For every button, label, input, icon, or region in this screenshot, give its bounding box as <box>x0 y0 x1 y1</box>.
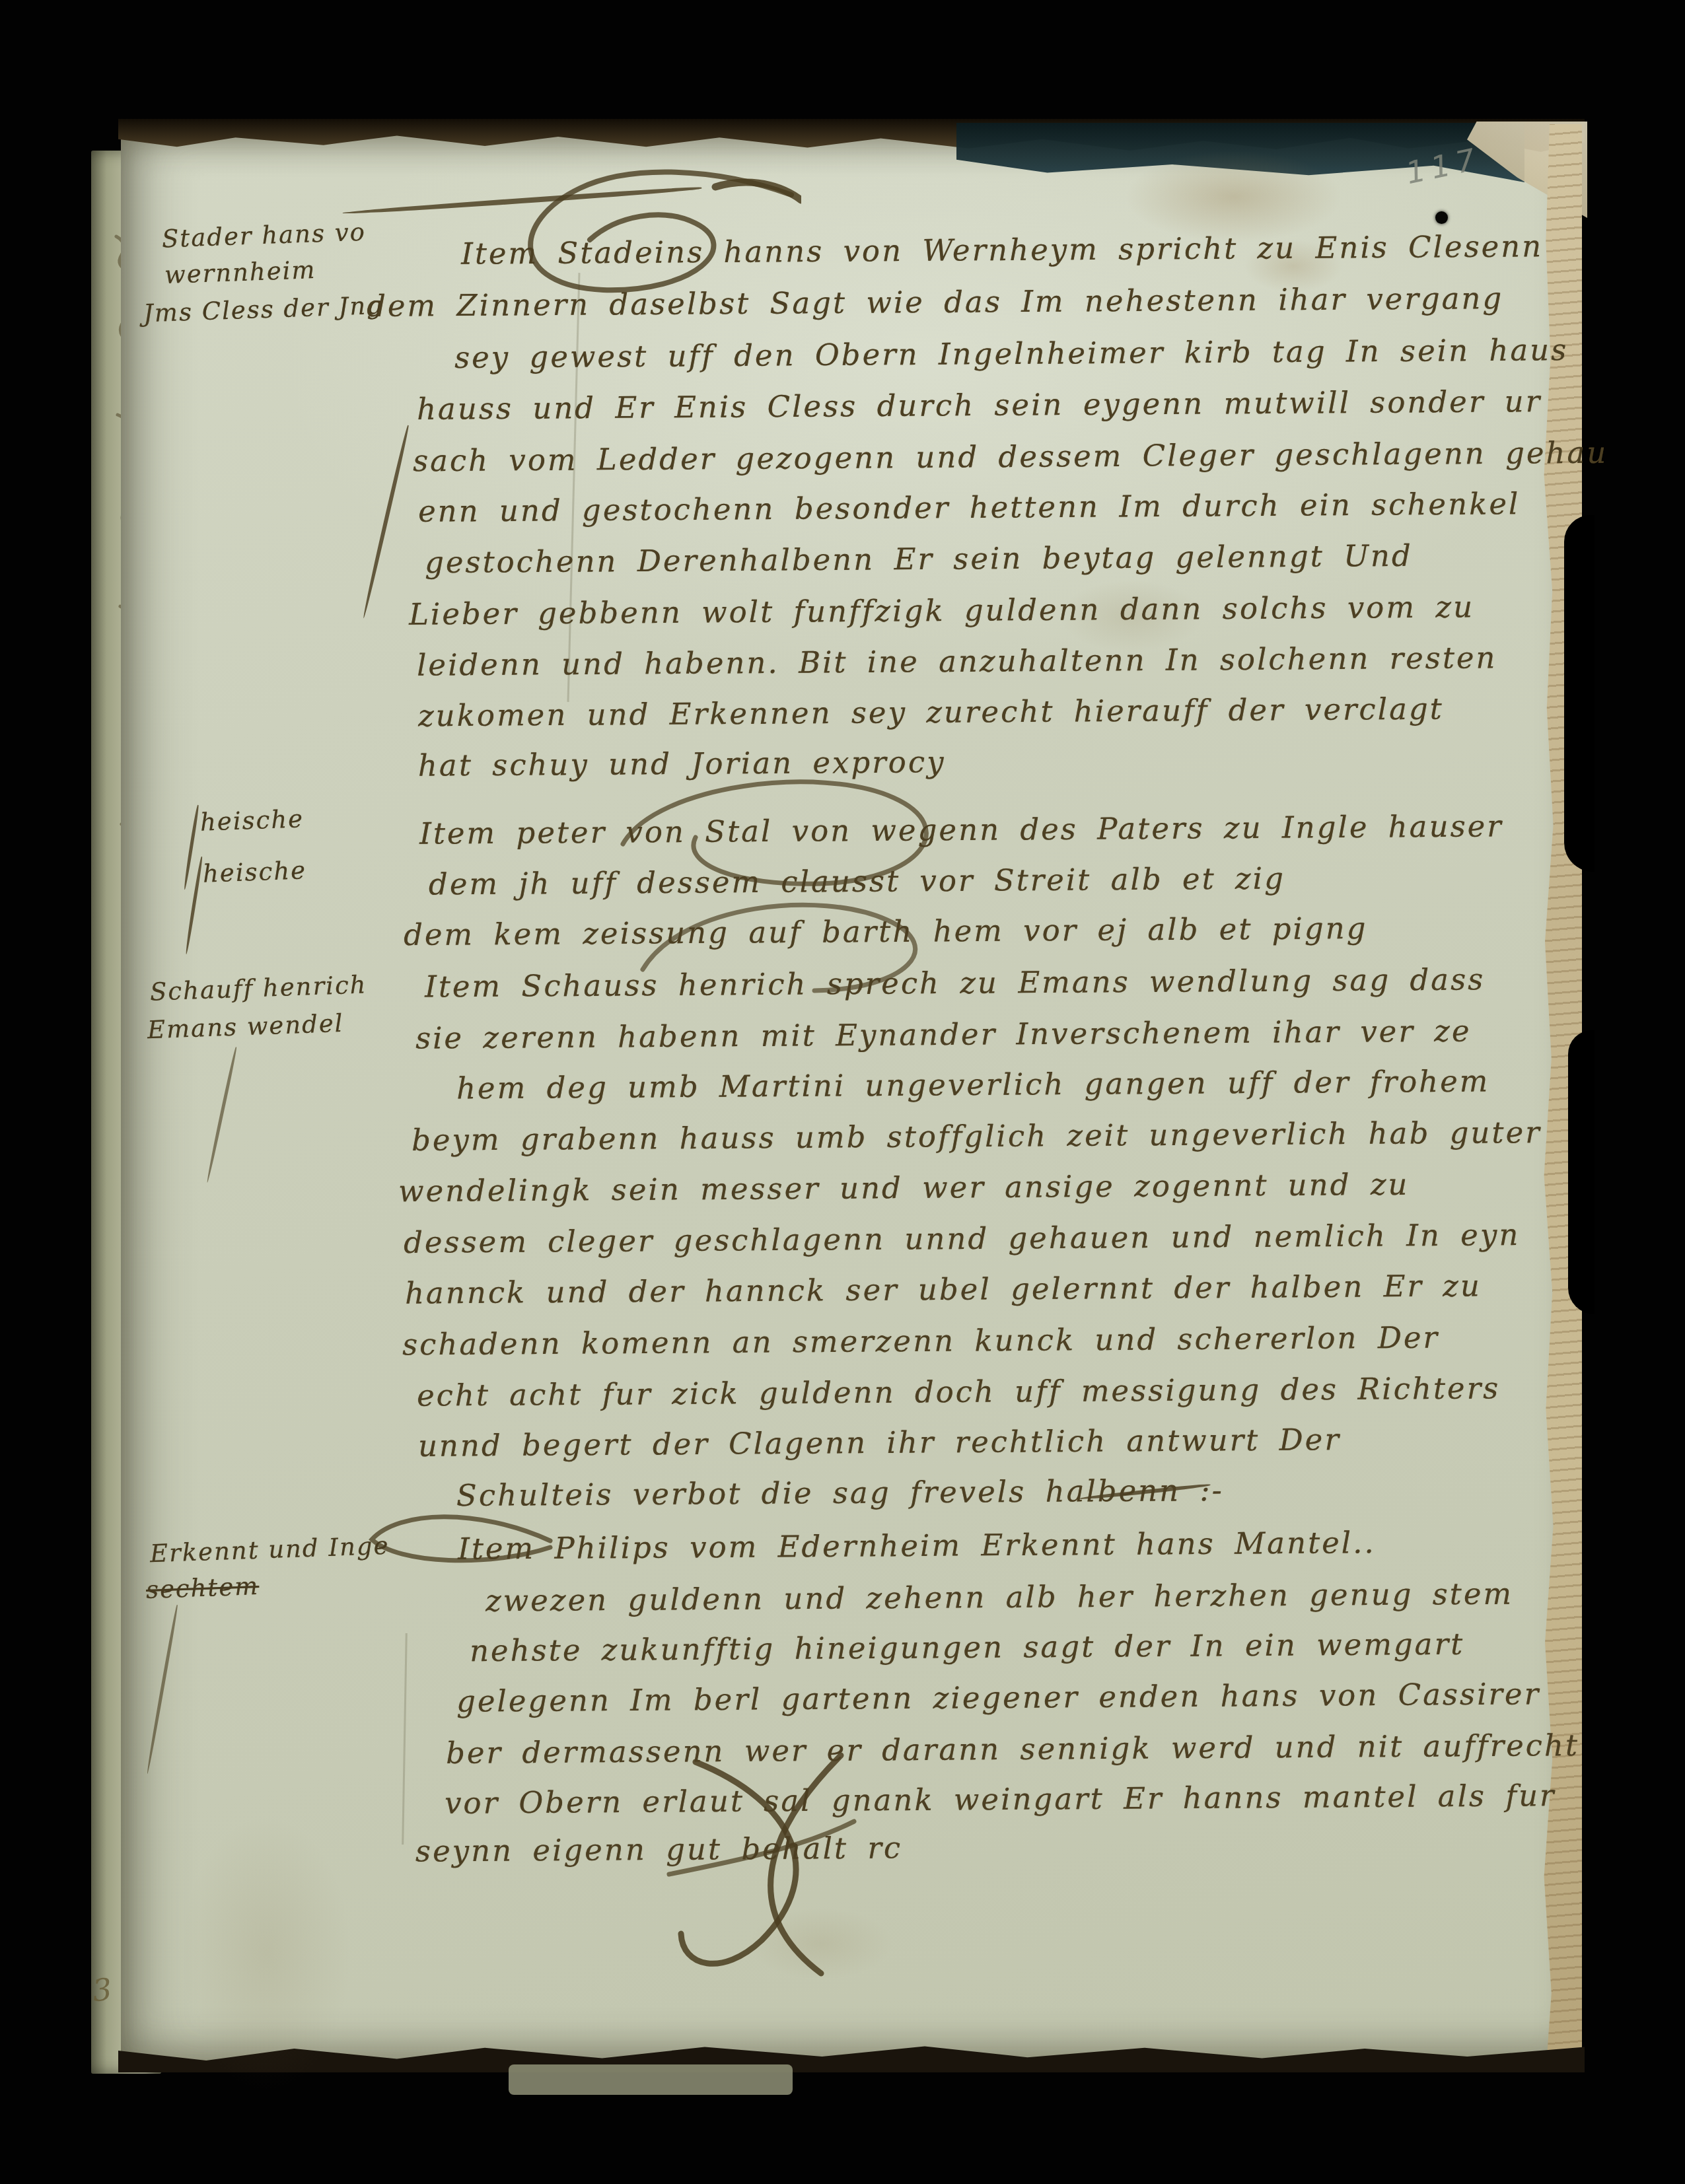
margin-note-line: heische <box>199 806 304 834</box>
text-line: Item Stadeins hanns von Wernheym spricht… <box>461 231 1544 268</box>
text-line: dessem cleger geschlagenn unnd gehauen u… <box>404 1220 1521 1257</box>
margin-note-line: Jms Cless der Jng <box>143 293 384 326</box>
wormhole <box>1435 211 1448 224</box>
text-line: zwezen guldenn und zehenn alb her herzhe… <box>485 1579 1513 1616</box>
margin-note-line: sechtem <box>145 1574 259 1602</box>
text-line: gestochenn Derenhalbenn Er sein beytag g… <box>425 541 1413 577</box>
bottom-left-number: 3 <box>91 1974 114 2006</box>
text-line: dem kem zeissung auf barth hem vor ej al… <box>404 913 1368 950</box>
margin-note-line: heische <box>202 858 306 886</box>
text-line: sey gewest uff den Obern Ingelnheimer ki… <box>454 335 1569 372</box>
text-line: gelegenn Im berl gartenn ziegener enden … <box>456 1679 1540 1716</box>
text-line: dem Zinnern daselbst Sagt wie das Im neh… <box>367 283 1504 321</box>
text-line: Item peter von Stal von wegenn des Pater… <box>419 811 1503 848</box>
text-line: hem deg umb Martini ungeverlich gangen u… <box>456 1067 1490 1104</box>
text-line: enn und gestochenn besonder hettenn Im d… <box>418 489 1521 526</box>
margin-stroke <box>361 425 410 619</box>
text-line: Lieber gebbenn wolt funffzigk guldenn da… <box>409 592 1474 629</box>
text-line: ber dermassenn wer er darann sennigk wer… <box>446 1730 1579 1768</box>
text-line: sach vom Ledder gezogenn und dessem Cleg… <box>413 438 1608 476</box>
edge-shadow <box>1564 515 1595 872</box>
margin-stroke <box>145 1605 178 1775</box>
text-line: Schulteis verbot die sag frevels halbenn… <box>456 1475 1224 1510</box>
text-line: zukomen und Erkennen sey zurecht hierauf… <box>418 694 1444 731</box>
torn-bottom-edge <box>118 2033 1585 2072</box>
manuscript-scan: 117 Stader hans vo wernnheim Jms Cless d… <box>0 0 1685 2184</box>
margin-note-line: Erkennt und Inge <box>149 1533 390 1567</box>
text-line: echt acht fur zick guldenn doch uff mess… <box>417 1373 1500 1410</box>
edge-shadow <box>1568 1030 1595 1314</box>
manuscript-page: 117 Stader hans vo wernnheim Jms Cless d… <box>121 124 1582 2071</box>
text-line: wendelingk sein messer und wer ansige zo… <box>398 1170 1410 1207</box>
margin-note-line: Stader hans vo <box>161 220 366 252</box>
text-line: seynn eigenn gut behalt rc <box>415 1833 902 1866</box>
text-line: nehste zukunfftig hineigungen sagt der I… <box>470 1629 1464 1666</box>
text-line: leidenn und habenn. Bit ine anzuhaltenn … <box>417 643 1497 680</box>
paper-crease <box>567 273 580 702</box>
text-line: hat schuy und Jorian exprocy <box>418 747 946 781</box>
margin-note-line: Emans wendel <box>147 1011 344 1042</box>
text-line: hauss und Er Enis Cless durch sein eygen… <box>417 386 1542 424</box>
margin-note-line: wernnheim <box>164 258 316 287</box>
text-line: Item Philips vom Edernheim Erkennt hans … <box>458 1528 1376 1564</box>
text-line: Item Schauss henrich sprech zu Emans wen… <box>425 964 1486 1001</box>
stain <box>1125 151 1343 243</box>
text-line: hannck und der hannck ser ubel gelernnt … <box>405 1271 1482 1308</box>
margin-note-line: Schauff henrich <box>149 972 367 1004</box>
paper-crease <box>402 1633 408 1845</box>
under-page-patch <box>509 2064 793 2095</box>
stain <box>180 1815 352 2092</box>
text-line: dem jh uff dessem clausst vor Streit alb… <box>429 863 1285 899</box>
text-line: schadenn komenn an smerzenn kunck und sc… <box>402 1323 1439 1360</box>
text-line: unnd begert der Clagenn ihr rechtlich an… <box>418 1425 1341 1461</box>
text-line: sie zerenn habenn mit Eynander Inversche… <box>415 1016 1472 1053</box>
text-line: beym grabenn hauss umb stoffglich zeit u… <box>412 1117 1542 1155</box>
margin-stroke <box>205 1047 238 1183</box>
text-line: vor Obern erlaut sal gnank weingart Er h… <box>445 1780 1556 1818</box>
